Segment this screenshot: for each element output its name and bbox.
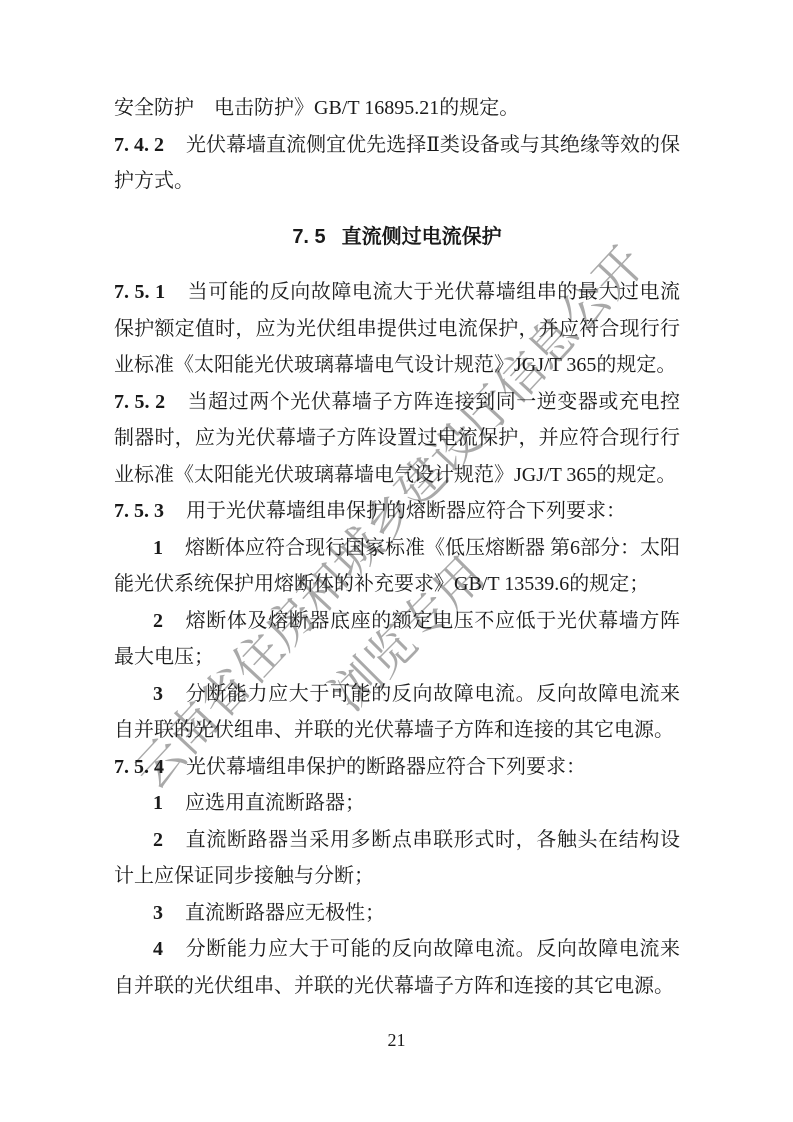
list-item-7-5-3-1: 1熔断体应符合现行国家标准《低压熔断器 第6部分：太阳能光伏系统保护用熔断体的补… <box>114 530 680 603</box>
page-number: 21 <box>0 1030 793 1050</box>
item-text: 熔断体及熔断器底座的额定电压不应低于光伏幕墙方阵最大电压； <box>114 610 680 669</box>
item-number: 1 <box>153 792 163 814</box>
item-text: 直流断路器应无极性； <box>185 902 385 924</box>
paragraph-continuation: 安全防护 电击防护》GB/T 16895.21的规定。 <box>114 90 680 127</box>
section-heading-7-5: 7. 5直流侧过电流保护 <box>114 219 680 256</box>
list-item-7-5-4-4: 4分断能力应大于可能的反向故障电流。反向故障电流来自并联的光伏组串、并联的光伏幕… <box>114 931 680 1004</box>
clause-number: 7. 5. 1 <box>114 281 165 303</box>
item-number: 4 <box>153 938 163 960</box>
section-title: 直流侧过电流保护 <box>342 226 502 248</box>
clause-7-4-2: 7. 4. 2光伏幕墙直流侧宜优先选择Ⅱ类设备或与其绝缘等效的保护方式。 <box>114 127 680 200</box>
clause-7-5-1: 7. 5. 1当可能的反向故障电流大于光伏幕墙组串的最大过电流保护额定值时，应为… <box>114 274 680 384</box>
item-number: 1 <box>153 537 163 559</box>
clause-text: 光伏幕墙组串保护的断路器应符合下列要求： <box>186 756 586 778</box>
list-item-7-5-4-1: 1应选用直流断路器； <box>114 785 680 822</box>
item-text: 分断能力应大于可能的反向故障电流。反向故障电流来自并联的光伏组串、并联的光伏幕墙… <box>114 938 680 997</box>
item-number: 3 <box>153 902 163 924</box>
clause-7-5-4: 7. 5. 4光伏幕墙组串保护的断路器应符合下列要求： <box>114 749 680 786</box>
item-text: 应选用直流断路器； <box>185 792 365 814</box>
section-number: 7. 5 <box>292 226 325 248</box>
item-number: 2 <box>153 610 163 632</box>
list-item-7-5-4-3: 3直流断路器应无极性； <box>114 895 680 932</box>
clause-number: 7. 5. 3 <box>114 500 164 522</box>
paragraph-text: 安全防护 电击防护》GB/T 16895.21的规定。 <box>114 97 519 119</box>
clause-7-5-2: 7. 5. 2当超过两个光伏幕墙子方阵连接到同一逆变器或充电控制器时，应为光伏幕… <box>114 384 680 494</box>
clause-text: 当可能的反向故障电流大于光伏幕墙组串的最大过电流保护额定值时，应为光伏组串提供过… <box>114 281 680 376</box>
clause-text: 光伏幕墙直流侧宜优先选择Ⅱ类设备或与其绝缘等效的保护方式。 <box>114 134 680 193</box>
document-page: 云南省住房和城乡建设厅信息公开 浏览专用 安全防护 电击防护》GB/T 1689… <box>0 0 793 1122</box>
item-number: 3 <box>153 683 163 705</box>
clause-text: 当超过两个光伏幕墙子方阵连接到同一逆变器或充电控制器时，应为光伏幕墙子方阵设置过… <box>114 391 680 486</box>
item-text: 分断能力应大于可能的反向故障电流。反向故障电流来自并联的光伏组串、并联的光伏幕墙… <box>114 683 680 742</box>
clause-7-5-3: 7. 5. 3用于光伏幕墙组串保护的熔断器应符合下列要求： <box>114 493 680 530</box>
list-item-7-5-3-3: 3分断能力应大于可能的反向故障电流。反向故障电流来自并联的光伏组串、并联的光伏幕… <box>114 676 680 749</box>
clause-text: 用于光伏幕墙组串保护的熔断器应符合下列要求： <box>186 500 626 522</box>
list-item-7-5-4-2: 2直流断路器当采用多断点串联形式时，各触头在结构设计上应保证同步接触与分断； <box>114 822 680 895</box>
item-text: 熔断体应符合现行国家标准《低压熔断器 第6部分：太阳能光伏系统保护用熔断体的补充… <box>114 537 680 596</box>
list-item-7-5-3-2: 2熔断体及熔断器底座的额定电压不应低于光伏幕墙方阵最大电压； <box>114 603 680 676</box>
document-body: 安全防护 电击防护》GB/T 16895.21的规定。 7. 4. 2光伏幕墙直… <box>114 90 680 1004</box>
clause-number: 7. 5. 4 <box>114 756 164 778</box>
clause-number: 7. 5. 2 <box>114 391 165 413</box>
item-text: 直流断路器当采用多断点串联形式时，各触头在结构设计上应保证同步接触与分断； <box>114 829 680 888</box>
item-number: 2 <box>153 829 163 851</box>
clause-number: 7. 4. 2 <box>114 134 164 156</box>
